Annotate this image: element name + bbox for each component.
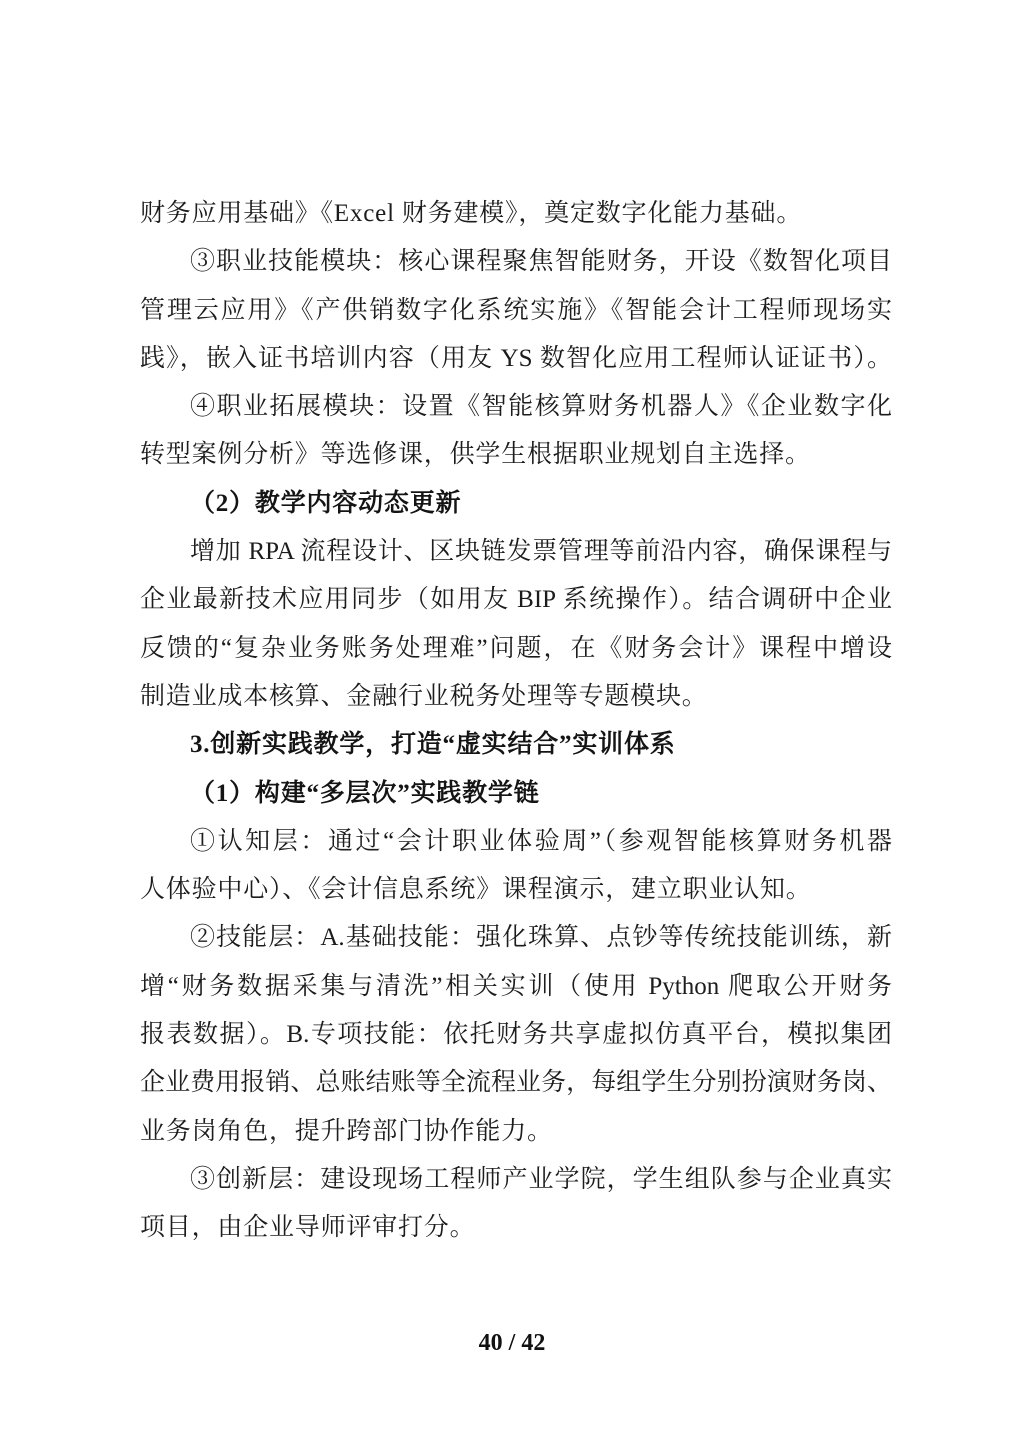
text-line: ①认知层：通过“会计职业体验周”（参观智能核算财务机器 [140,818,892,866]
text-line: ③职业技能模块：核心课程聚焦智能财务，开设《数智化项目 [140,238,892,286]
text-line: 增加 RPA 流程设计、区块链发票管理等前沿内容，确保课程与 [140,528,892,576]
heading-line: 3.创新实践教学，打造“虚实结合”实训体系 [140,721,892,769]
text-line: 制造业成本核算、金融行业税务处理等专题模块。 [140,673,892,721]
text-line: 人体验中心）、《会计信息系统》课程演示，建立职业认知。 [140,866,892,914]
text-line: 项目，由企业导师评审打分。 [140,1204,892,1252]
text-line: 转型案例分析》等选修课，供学生根据职业规划自主选择。 [140,431,892,479]
text-line: 践》，嵌入证书培训内容（用友 YS 数智化应用工程师认证证书）。 [140,335,892,383]
text-line: 反馈的“复杂业务账务处理难”问题，在《财务会计》课程中增设 [140,625,892,673]
document-body: 财务应用基础》《Excel 财务建模》，奠定数字化能力基础。③职业技能模块：核心… [140,190,892,1253]
document-page: 财务应用基础》《Excel 财务建模》，奠定数字化能力基础。③职业技能模块：核心… [0,0,1024,1448]
text-line: 业务岗角色，提升跨部门协作能力。 [140,1108,892,1156]
text-line: 报表数据）。B.专项技能：依托财务共享虚拟仿真平台，模拟集团 [140,1011,892,1059]
text-line: 财务应用基础》《Excel 财务建模》，奠定数字化能力基础。 [140,190,892,238]
page-number: 40 / 42 [479,1330,546,1356]
heading-line: （1）构建“多层次”实践教学链 [140,770,892,818]
text-line: 企业费用报销、总账结账等全流程业务，每组学生分别扮演财务岗、 [140,1059,892,1107]
text-line: 企业最新技术应用同步（如用友 BIP 系统操作）。结合调研中企业 [140,576,892,624]
text-line: ④职业拓展模块：设置《智能核算财务机器人》《企业数字化 [140,383,892,431]
text-line: ③创新层：建设现场工程师产业学院，学生组队参与企业真实 [140,1156,892,1204]
text-line: ②技能层：A.基础技能：强化珠算、点钞等传统技能训练，新 [140,914,892,962]
text-line: 增“财务数据采集与清洗”相关实训（使用 Python 爬取公开财务 [140,963,892,1011]
heading-line: （2）教学内容动态更新 [140,480,892,528]
page-footer: 40 / 42 [0,1330,1024,1357]
text-line: 管理云应用》《产供销数字化系统实施》《智能会计工程师现场实 [140,287,892,335]
